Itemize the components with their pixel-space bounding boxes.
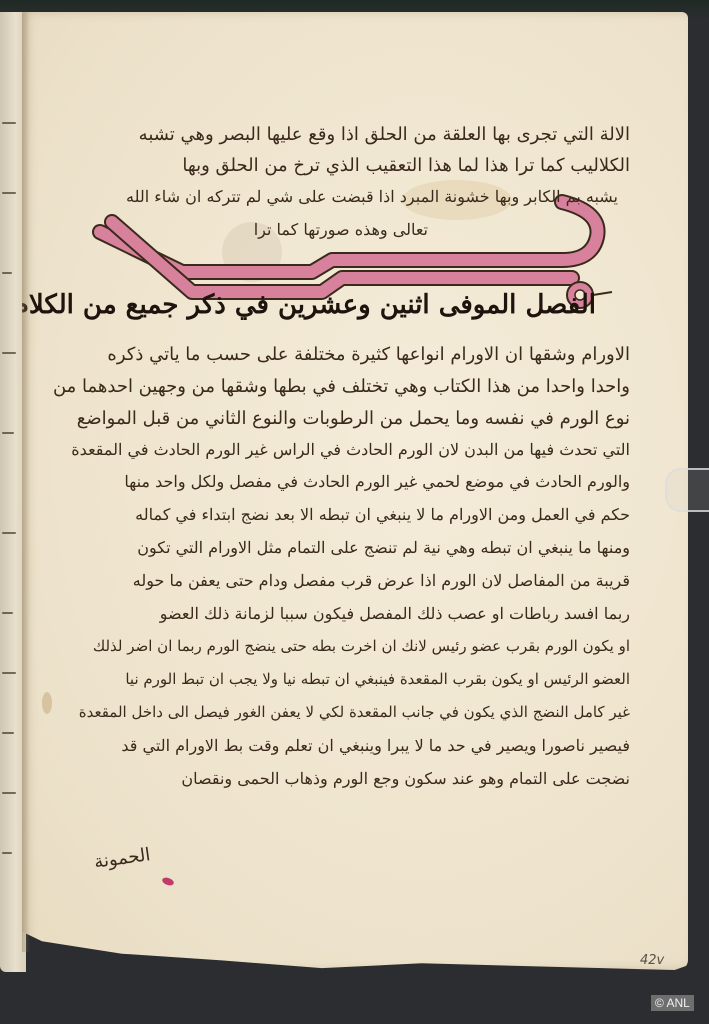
text-line: والورم الحادث في موضع لحمي غير الورم الح… <box>124 472 630 491</box>
folio-number: 42v <box>640 953 664 968</box>
page-gutter-shadow <box>22 12 30 952</box>
text-line: الالة التي تجرى بها العلقة من الحلق اذا … <box>139 124 630 145</box>
text-line: الاورام وشقها ان الاورام انواعها كثيرة م… <box>107 344 630 365</box>
text-line: ربما افسد رباطات او عصب ذلك المفصل فيكون… <box>160 604 630 623</box>
text-line: حكم في العمل ومن الاورام ما لا ينبغي ان … <box>135 505 630 524</box>
main-text: الالة التي تجرى بها العلقة من الحلق اذا … <box>22 12 688 970</box>
chapter-heading: الفصل الموفى اثنين وعشرين في ذكر جميع من… <box>0 290 596 320</box>
text-line: التي تحدث فيها من البدن لان الورم الحادث… <box>71 440 630 459</box>
text-line: نضجت على التمام وهو عند سكون وجع الورم و… <box>181 769 630 788</box>
copyright-watermark: © ANL <box>651 995 694 1011</box>
text-line: قريبة من المفاصل لان الورم اذا عرض قرب م… <box>133 571 630 590</box>
text-line: العضو الرئيس او يكون بقرب المقعدة فينبغي… <box>125 670 630 688</box>
text-line: واحدا واحدا من هذا الكتاب وهي تختلف في ب… <box>53 376 630 397</box>
text-line: فيصير ناصورا ويصير في حد ما لا يبرا وينب… <box>121 736 630 755</box>
text-line: الكلاليب كما ترا هذا لما هذا التعقيب الذ… <box>182 155 630 176</box>
glass-page-clip <box>665 468 709 512</box>
text-line: او يكون الورم بقرب عضو رئيس لانك ان اخرت… <box>93 637 630 655</box>
text-line: يشبه بم الكابر وبها خشونة المبرد اذا قبض… <box>126 187 618 206</box>
text-line: ومنها ما ينبغي ان تبطه وهي نية لم تنضج ع… <box>137 538 630 557</box>
text-line: نوع الورم في نفسه وما يحمل من الرطوبات و… <box>77 408 630 429</box>
text-line: غير كامل النضج الذي يكون في جانب المقعدة… <box>79 703 630 721</box>
manuscript-page: الالة التي تجرى بها العلقة من الحلق اذا … <box>22 12 688 970</box>
text-line: تعالى وهذه صورتها كما ترا <box>254 220 428 239</box>
